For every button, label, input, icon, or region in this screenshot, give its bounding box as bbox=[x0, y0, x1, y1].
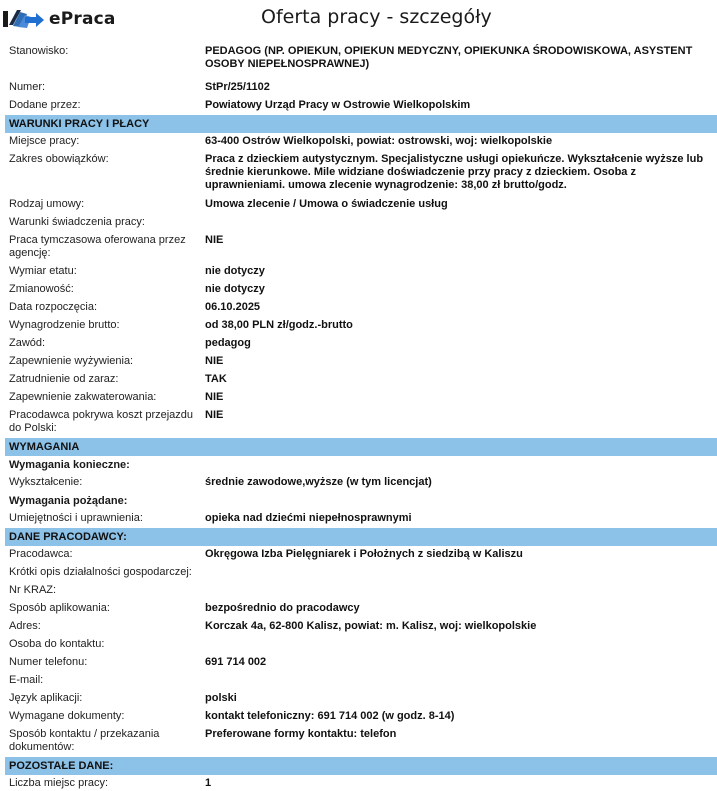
field-zakwaterowanie: Zapewnienie zakwaterowania: NIE bbox=[5, 389, 717, 407]
field-pracodawca: Pracodawca: Okręgowa Izba Pielęgniarek i… bbox=[5, 546, 717, 564]
section-pracodawca-header: DANE PRACODAWCY: bbox=[5, 528, 717, 546]
field-rodzaj-umowy: Rodzaj umowy: Umowa zlecenie / Umowa o ś… bbox=[5, 196, 717, 214]
field-miejsce-pracy: Miejsce pracy: 63-400 Ostrów Wielkopolsk… bbox=[5, 133, 717, 151]
field-label: Liczba miejsc pracy: bbox=[5, 775, 205, 790]
field-osoba-do-kontaktu: Osoba do kontaktu: bbox=[5, 636, 717, 654]
field-zmianowosc: Zmianowość: nie dotyczy bbox=[5, 281, 717, 299]
offer-details: Stanowisko: PEDAGOG (NP. OPIEKUN, OPIEKU… bbox=[5, 41, 717, 791]
field-label: Dodane przez: bbox=[5, 97, 205, 112]
section-wymagania-header: WYMAGANIA bbox=[5, 438, 717, 456]
field-label: Adres: bbox=[5, 618, 205, 633]
field-stanowisko: Stanowisko: PEDAGOG (NP. OPIEKUN, OPIEKU… bbox=[5, 41, 717, 79]
field-value: Praca z dzieckiem autystycznym. Specjali… bbox=[205, 151, 717, 192]
field-label: Wymiar etatu: bbox=[5, 263, 205, 278]
section-wymagania: Wymagania konieczne: Wykształcenie: śred… bbox=[5, 456, 717, 528]
field-value: 691 714 002 bbox=[205, 654, 717, 669]
field-label: Wymagane dokumenty: bbox=[5, 708, 205, 723]
field-wyksztalcenie: Wykształcenie: średnie zawodowe,wyższe (… bbox=[5, 474, 717, 492]
field-opis-dzialalnosci: Krótki opis działalności gospodarczej: bbox=[5, 564, 717, 582]
field-value bbox=[205, 582, 717, 584]
field-value: nie dotyczy bbox=[205, 281, 717, 296]
field-label: Sposób aplikowania: bbox=[5, 600, 205, 615]
field-value: TAK bbox=[205, 371, 717, 386]
field-value: pedagog bbox=[205, 335, 717, 350]
section-warunki-header: WARUNKI PRACY I PŁACY bbox=[5, 115, 717, 133]
field-label: Zapewnienie wyżywienia: bbox=[5, 353, 205, 368]
field-liczba-miejsc: Liczba miejsc pracy: 1 bbox=[5, 775, 717, 791]
field-value: średnie zawodowe,wyższe (w tym licencjat… bbox=[205, 474, 717, 489]
field-label: Zatrudnienie od zaraz: bbox=[5, 371, 205, 386]
field-label: Zapewnienie zakwaterowania: bbox=[5, 389, 205, 404]
field-label: Data rozpoczęcia: bbox=[5, 299, 205, 314]
page-title: Oferta pracy - szczegóły bbox=[261, 6, 492, 28]
field-value: NIE bbox=[205, 389, 717, 404]
field-value: 06.10.2025 bbox=[205, 299, 717, 314]
field-wynagrodzenie: Wynagrodzenie brutto: od 38,00 PLN zł/go… bbox=[5, 317, 717, 335]
field-value: polski bbox=[205, 690, 717, 705]
field-label: Zmianowość: bbox=[5, 281, 205, 296]
field-label: Wykształcenie: bbox=[5, 474, 205, 489]
section-warunki: Miejsce pracy: 63-400 Ostrów Wielkopolsk… bbox=[5, 133, 717, 438]
section-pozostale-header: POZOSTAŁE DANE: bbox=[5, 757, 717, 775]
field-value: NIE bbox=[205, 353, 717, 368]
field-wyzywienie: Zapewnienie wyżywienia: NIE bbox=[5, 353, 717, 371]
field-value: 63-400 Ostrów Wielkopolski, powiat: ostr… bbox=[205, 133, 717, 148]
field-value: bezpośrednio do pracodawcy bbox=[205, 600, 717, 615]
wymagania-konieczne-heading: Wymagania konieczne: bbox=[5, 456, 717, 474]
field-adres: Adres: Korczak 4a, 62-800 Kalisz, powiat… bbox=[5, 618, 717, 636]
field-numer-telefonu: Numer telefonu: 691 714 002 bbox=[5, 654, 717, 672]
field-label: Umiejętności i uprawnienia: bbox=[5, 510, 205, 525]
field-nr-kraz: Nr KRAZ: bbox=[5, 582, 717, 600]
field-label: Numer telefonu: bbox=[5, 654, 205, 669]
section-pracodawca: Pracodawca: Okręgowa Izba Pielęgniarek i… bbox=[5, 546, 717, 757]
field-label: Pracodawca pokrywa koszt przejazdu do Po… bbox=[5, 407, 205, 435]
field-value: PEDAGOG (NP. OPIEKUN, OPIEKUN MEDYCZNY, … bbox=[205, 43, 717, 71]
field-label: Wynagrodzenie brutto: bbox=[5, 317, 205, 332]
epraca-logo-icon bbox=[3, 8, 45, 30]
field-label: Rodzaj umowy: bbox=[5, 196, 205, 211]
wymagania-pozadane-heading: Wymagania pożądane: bbox=[5, 492, 717, 510]
field-label: Język aplikacji: bbox=[5, 690, 205, 705]
field-label: Pracodawca: bbox=[5, 546, 205, 561]
field-email: E-mail: bbox=[5, 672, 717, 690]
section-pozostale: Liczba miejsc pracy: 1 bbox=[5, 775, 717, 791]
logo-text: ePraca bbox=[49, 9, 116, 29]
field-label: Zawód: bbox=[5, 335, 205, 350]
field-value: 1 bbox=[205, 775, 717, 790]
field-data-rozpoczecia: Data rozpoczęcia: 06.10.2025 bbox=[5, 299, 717, 317]
field-value bbox=[205, 214, 717, 216]
field-label: Nr KRAZ: bbox=[5, 582, 205, 597]
field-label: Krótki opis działalności gospodarczej: bbox=[5, 564, 205, 579]
field-value: Umowa zlecenie / Umowa o świadczenie usł… bbox=[205, 196, 717, 211]
field-label: Zakres obowiązków: bbox=[5, 151, 205, 166]
field-value: kontakt telefoniczny: 691 714 002 (w god… bbox=[205, 708, 717, 723]
field-koszt-przejazdu: Pracodawca pokrywa koszt przejazdu do Po… bbox=[5, 407, 717, 438]
field-label: Miejsce pracy: bbox=[5, 133, 205, 148]
field-value: NIE bbox=[205, 232, 717, 247]
field-numer: Numer: StPr/25/1102 bbox=[5, 79, 717, 97]
field-label: Osoba do kontaktu: bbox=[5, 636, 205, 651]
field-wymagane-dokumenty: Wymagane dokumenty: kontakt telefoniczny… bbox=[5, 708, 717, 726]
field-label: Sposób kontaktu / przekazania dokumentów… bbox=[5, 726, 205, 754]
field-value: Okręgowa Izba Pielęgniarek i Położnych z… bbox=[205, 546, 717, 561]
field-value bbox=[205, 636, 717, 638]
field-label: Numer: bbox=[5, 79, 205, 94]
field-value: Preferowane formy kontaktu: telefon bbox=[205, 726, 717, 741]
field-value: Korczak 4a, 62-800 Kalisz, powiat: m. Ka… bbox=[205, 618, 717, 633]
field-value: StPr/25/1102 bbox=[205, 79, 717, 94]
logo: ePraca bbox=[3, 8, 116, 30]
field-value: opieka nad dziećmi niepełnosprawnymi bbox=[205, 510, 717, 525]
field-dodane-przez: Dodane przez: Powiatowy Urząd Pracy w Os… bbox=[5, 97, 717, 115]
field-sposob-kontaktu: Sposób kontaktu / przekazania dokumentów… bbox=[5, 726, 717, 757]
field-value bbox=[205, 564, 717, 566]
field-value: Powiatowy Urząd Pracy w Ostrowie Wielkop… bbox=[205, 97, 717, 112]
field-praca-tymczasowa: Praca tymczasowa oferowana przez agencję… bbox=[5, 232, 717, 263]
field-wymiar-etatu: Wymiar etatu: nie dotyczy bbox=[5, 263, 717, 281]
field-label: E-mail: bbox=[5, 672, 205, 687]
field-zatrudnienie-od-zaraz: Zatrudnienie od zaraz: TAK bbox=[5, 371, 717, 389]
field-value: nie dotyczy bbox=[205, 263, 717, 278]
field-value bbox=[205, 672, 717, 674]
field-umiejetnosci: Umiejętności i uprawnienia: opieka nad d… bbox=[5, 510, 717, 528]
field-label: Stanowisko: bbox=[5, 43, 205, 58]
field-label: Praca tymczasowa oferowana przez agencję… bbox=[5, 232, 205, 260]
field-sposob-aplikowania: Sposób aplikowania: bezpośrednio do prac… bbox=[5, 600, 717, 618]
field-warunki-swiadczenia: Warunki świadczenia pracy: bbox=[5, 214, 717, 232]
field-jezyk-aplikacji: Język aplikacji: polski bbox=[5, 690, 717, 708]
field-label: Warunki świadczenia pracy: bbox=[5, 214, 205, 229]
field-value: od 38,00 PLN zł/godz.-brutto bbox=[205, 317, 717, 332]
field-value: NIE bbox=[205, 407, 717, 422]
field-zakres-obowiazkow: Zakres obowiązków: Praca z dzieckiem aut… bbox=[5, 151, 717, 196]
page-header: ePraca Oferta pracy - szczegóły bbox=[0, 0, 717, 38]
field-zawod: Zawód: pedagog bbox=[5, 335, 717, 353]
